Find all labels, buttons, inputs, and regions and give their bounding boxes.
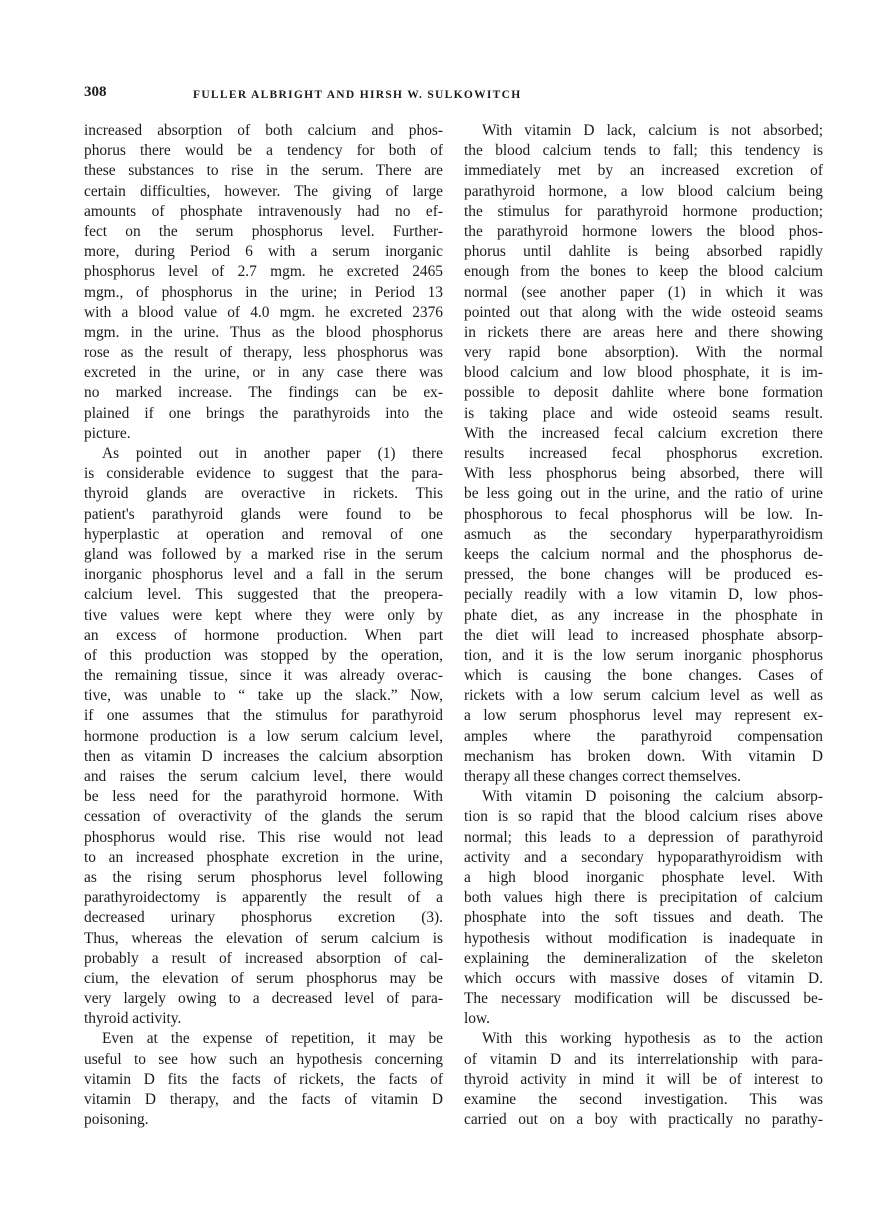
text-line: in rickets there are areas here and ther… — [464, 323, 823, 343]
text-line: thyroid activity in mind it will be of i… — [464, 1070, 823, 1090]
text-line: tion is so rapid that the blood calcium … — [464, 807, 823, 827]
text-line: rose as the result of therapy, less phos… — [84, 343, 443, 363]
text-line: With the increased fecal calcium excreti… — [464, 424, 823, 444]
text-line: vitamin D therapy, and the facts of vita… — [84, 1090, 443, 1110]
text-line: With this working hypothesis as to the a… — [464, 1029, 823, 1049]
text-line: phorus there would be a tendency for bot… — [84, 141, 443, 161]
text-line: results increased fecal phosphorus excre… — [464, 444, 823, 464]
text-line: a high blood inorganic phosphate level. … — [464, 868, 823, 888]
text-line: pecially readily with a low vitamin D, l… — [464, 585, 823, 605]
text-line: pressed, the bone changes will be produc… — [464, 565, 823, 585]
text-line: thyroid activity. — [84, 1009, 443, 1029]
text-line: if one assumes that the stimulus for par… — [84, 706, 443, 726]
text-line: phosphorus level of 2.7 mgm. he excreted… — [84, 262, 443, 282]
text-line: phosphorous to fecal phosphorus will be … — [464, 505, 823, 525]
text-line: rickets with a low serum calcium level a… — [464, 686, 823, 706]
text-line: low. — [464, 1009, 823, 1029]
text-line: therapy all these changes correct themse… — [464, 767, 823, 787]
text-line: phosphorus would rise. This rise would n… — [84, 828, 443, 848]
text-line: asmuch as the secondary hyperparathyroid… — [464, 525, 823, 545]
text-line: phosphate into the soft tissues and deat… — [464, 908, 823, 928]
text-line: mgm. in the urine. Thus as the blood pho… — [84, 323, 443, 343]
text-line: phorus until dahlite is being absorbed r… — [464, 242, 823, 262]
text-line: With vitamin D lack, calcium is not abso… — [464, 121, 823, 141]
text-line: of this production was stopped by the op… — [84, 646, 443, 666]
text-line: which occurs with massive doses of vitam… — [464, 969, 823, 989]
text-line: normal (see another paper (1) in which i… — [464, 283, 823, 303]
text-line: With less phosphorus being absorbed, the… — [464, 464, 823, 484]
text-line: tive values were kept where they were on… — [84, 606, 443, 626]
text-line: the diet will lead to increased phosphat… — [464, 626, 823, 646]
text-line: the remaining tissue, since it was alrea… — [84, 666, 443, 686]
text-line: which is causing the bone changes. Cases… — [464, 666, 823, 686]
text-line: picture. — [84, 424, 443, 444]
text-line: With vitamin D poisoning the calcium abs… — [464, 787, 823, 807]
text-line: be less going out in the urine, and the … — [464, 484, 823, 504]
text-line: vitamin D fits the facts of rickets, the… — [84, 1070, 443, 1090]
text-line: mgm., of phosphorus in the urine; in Per… — [84, 283, 443, 303]
text-line: tion, and it is the low serum inorganic … — [464, 646, 823, 666]
text-line: examine the second investigation. This w… — [464, 1090, 823, 1110]
text-line: hormone production is a low serum calciu… — [84, 727, 443, 747]
text-line: with a blood value of 4.0 mgm. he excret… — [84, 303, 443, 323]
text-line: Thus, whereas the elevation of serum cal… — [84, 929, 443, 949]
text-line: parathyroid hormone, a low blood calcium… — [464, 182, 823, 202]
text-line: activity and a secondary hypoparathyroid… — [464, 848, 823, 868]
text-line: of vitamin D and its interrelationship w… — [464, 1050, 823, 1070]
running-head: FULLER ALBRIGHT AND HIRSH W. SULKOWITCH — [193, 89, 521, 101]
text-line: phate diet, as any increase in the phosp… — [464, 606, 823, 626]
text-line: and raises the serum calcium level, ther… — [84, 767, 443, 787]
text-line: blood calcium and low blood phosphate, i… — [464, 363, 823, 383]
text-line: normal; this leads to a depression of pa… — [464, 828, 823, 848]
text-line: immediately met by an increased excretio… — [464, 161, 823, 181]
text-line: useful to see how such an hypothesis con… — [84, 1050, 443, 1070]
text-line: these substances to rise in the serum. T… — [84, 161, 443, 181]
text-line: very largely owing to a decreased level … — [84, 989, 443, 1009]
text-line: inorganic phosphorus level and a fall in… — [84, 565, 443, 585]
text-line: as the rising serum phosphorus level fol… — [84, 868, 443, 888]
text-line: an excess of hormone production. When pa… — [84, 626, 443, 646]
left-column: increased absorption of both calcium and… — [84, 121, 443, 1130]
text-line: no marked increase. The findings can be … — [84, 383, 443, 403]
text-line: parathyroidectomy is apparently the resu… — [84, 888, 443, 908]
text-line: cessation of overactivity of the glands … — [84, 807, 443, 827]
text-line: thyroid glands are overactive in rickets… — [84, 484, 443, 504]
text-line: carried out on a boy with practically no… — [464, 1110, 823, 1130]
text-line: pointed out that along with the wide ost… — [464, 303, 823, 323]
text-line: hypothesis without modification is inade… — [464, 929, 823, 949]
text-line: excreted in the urine, or in any case th… — [84, 363, 443, 383]
text-line: patient's parathyroid glands were found … — [84, 505, 443, 525]
text-line: be less need for the parathyroid hormone… — [84, 787, 443, 807]
text-line: calcium level. This suggested that the p… — [84, 585, 443, 605]
text-line: the parathyroid hormone lowers the blood… — [464, 222, 823, 242]
text-line: certain difficulties, however. The givin… — [84, 182, 443, 202]
text-line: more, during Period 6 with a serum inorg… — [84, 242, 443, 262]
text-line: is taking place and wide osteoid seams r… — [464, 404, 823, 424]
text-line: enough from the bones to keep the blood … — [464, 262, 823, 282]
text-line: gland was followed by a marked rise in t… — [84, 545, 443, 565]
text-line: amounts of phosphate intravenously had n… — [84, 202, 443, 222]
page-number: 308 — [84, 84, 107, 101]
text-line: decreased urinary phosphorus excretion (… — [84, 908, 443, 928]
text-line: tive, was unable to “ take up the slack.… — [84, 686, 443, 706]
text-line: mechanism has broken down. With vitamin … — [464, 747, 823, 767]
text-line: fect on the serum phosphorus level. Furt… — [84, 222, 443, 242]
text-line: amples where the parathyroid compensatio… — [464, 727, 823, 747]
text-line: then as vitamin D increases the calcium … — [84, 747, 443, 767]
text-line: the stimulus for parathyroid hormone pro… — [464, 202, 823, 222]
text-line: Even at the expense of repetition, it ma… — [84, 1029, 443, 1049]
text-line: to an increased phosphate excretion in t… — [84, 848, 443, 868]
text-line: probably a result of increased absorptio… — [84, 949, 443, 969]
right-column: With vitamin D lack, calcium is not abso… — [464, 121, 823, 1130]
text-line: poisoning. — [84, 1110, 443, 1130]
text-line: very rapid bone absorption). With the no… — [464, 343, 823, 363]
text-line: the blood calcium tends to fall; this te… — [464, 141, 823, 161]
text-line: explaining the demineralization of the s… — [464, 949, 823, 969]
text-line: plained if one brings the parathyroids i… — [84, 404, 443, 424]
text-line: a low serum phosphorus level may represe… — [464, 706, 823, 726]
text-line: keeps the calcium normal and the phospho… — [464, 545, 823, 565]
text-line: As pointed out in another paper (1) ther… — [84, 444, 443, 464]
text-line: increased absorption of both calcium and… — [84, 121, 443, 141]
text-line: hyperplastic at operation and removal of… — [84, 525, 443, 545]
text-line: possible to deposit dahlite where bone f… — [464, 383, 823, 403]
text-line: both values high there is precipitation … — [464, 888, 823, 908]
text-line: is considerable evidence to suggest that… — [84, 464, 443, 484]
text-line: The necessary modification will be discu… — [464, 989, 823, 1009]
text-line: cium, the elevation of serum phosphorus … — [84, 969, 443, 989]
